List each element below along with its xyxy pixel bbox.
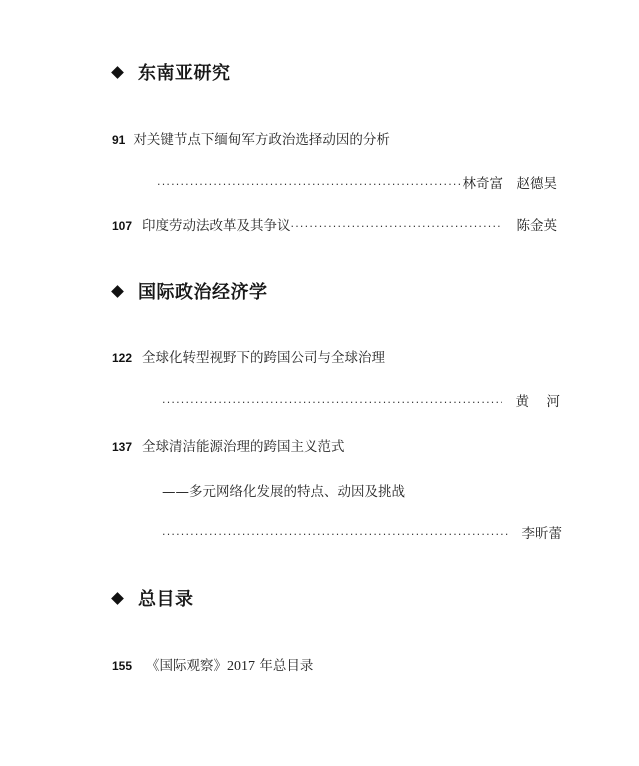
section-title: 总目录 [138,585,194,611]
toc-entry-155[interactable]: 155 《国际观察》 2017 年总目录 [112,654,313,675]
toc-leader-91: 林奇富 赵德昊 [157,172,557,192]
entry-title-year: 2017 [227,659,255,675]
toc-entry-137[interactable]: 137 全球清洁能源治理的跨国主义范式 [112,435,345,455]
page-number: 107 [112,219,132,233]
section-heading-southeast-asia: 东南亚研究 [111,59,231,85]
page-number: 91 [112,133,125,147]
entry-title: 全球清洁能源治理的跨国主义范式 [142,435,345,455]
toc-leader-137: 李昕蕾 [162,522,562,542]
entry-title-suffix: 年总目录 [255,654,313,674]
toc-entry-107[interactable]: 107 印度劳动法改革及其争议 陈金英 [112,214,557,234]
entry-authors: 李昕蕾 [522,522,563,542]
entry-authors: 陈金英 [517,214,558,234]
entry-subtitle: ——多元网络化发展的特点、动因及挑战 [162,480,405,500]
entry-title: 印度劳动法改革及其争议 [142,214,291,234]
section-heading-index: 总目录 [111,585,194,611]
toc-entry-91[interactable]: 91 对关键节点下缅甸军方政治选择动因的分析 [112,128,390,148]
toc-leader-122: 黄 河 [162,390,562,410]
dot-leader [157,178,463,191]
dot-leader [162,396,502,409]
section-title: 东南亚研究 [138,59,231,85]
entry-title-prefix: 《国际观察》 [146,654,227,674]
dot-leader [162,528,508,541]
section-title: 国际政治经济学 [138,278,268,304]
page-number: 155 [112,659,132,673]
section-heading-ipe: 国际政治经济学 [111,278,268,304]
diamond-bullet-icon [111,66,124,79]
diamond-bullet-icon [111,285,124,298]
toc-entry-122[interactable]: 122 全球化转型视野下的跨国公司与全球治理 [112,346,385,366]
entry-title: 对关键节点下缅甸军方政治选择动因的分析 [133,128,390,148]
dot-leader [291,220,503,233]
page-number: 137 [112,440,132,454]
page-number: 122 [112,351,132,365]
entry-title: 全球化转型视野下的跨国公司与全球治理 [142,346,385,366]
diamond-bullet-icon [111,592,124,605]
entry-authors: 林奇富 赵德昊 [463,172,558,192]
entry-authors: 黄 河 [516,390,563,410]
